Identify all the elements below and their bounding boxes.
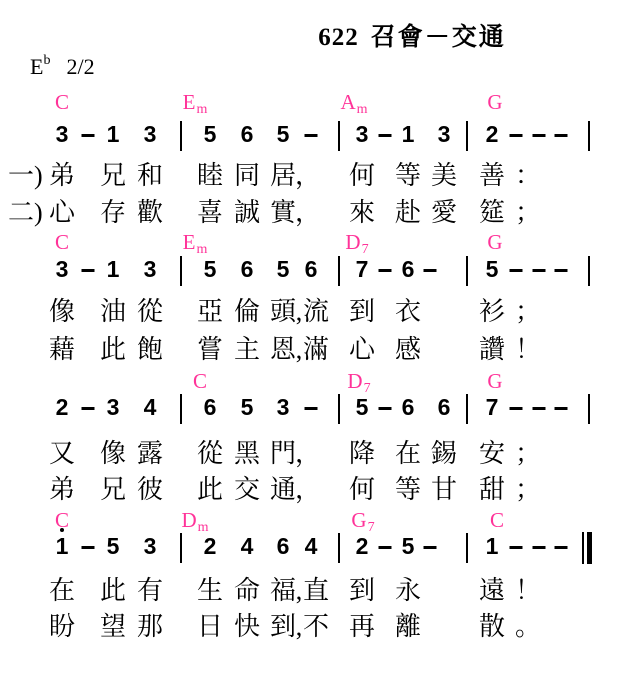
chord-label: C	[55, 92, 69, 113]
hymn-number: 622	[318, 24, 359, 51]
lyric-syllable: 飽	[137, 336, 163, 363]
note-dash	[533, 134, 546, 137]
note-digit: 6	[402, 258, 415, 281]
chord-label: D7	[345, 232, 368, 253]
lyric-syllable: 恩	[270, 336, 296, 363]
note-digit: 3	[438, 123, 451, 146]
note-dash	[82, 269, 95, 272]
lyric-syllable: 筵	[479, 199, 505, 226]
note-digit: 2	[356, 535, 369, 558]
lyric-syllable: 兄	[100, 476, 126, 503]
lyric-syllable: ，	[295, 476, 321, 503]
lyric-syllable: ，	[295, 440, 321, 467]
lyric-syllable: 安	[479, 440, 505, 467]
note-dash	[424, 269, 437, 272]
barline	[180, 533, 182, 563]
lyric-syllable: 門	[270, 440, 296, 467]
lyric-syllable: 亞	[197, 298, 223, 325]
note-digit: 7	[486, 396, 499, 419]
note-dash	[555, 134, 568, 137]
lyric-syllable: 甜	[479, 476, 505, 503]
lyric-syllable: 快	[234, 613, 260, 640]
lyric-syllable: 睦	[197, 162, 223, 189]
lyric-syllable: 遠	[479, 577, 505, 604]
lyric-syllable: 有	[137, 577, 163, 604]
barline	[466, 533, 468, 563]
note-digit: 6	[277, 535, 290, 558]
lyric-syllable: 降	[349, 440, 375, 467]
note-dash	[533, 269, 546, 272]
note-dash	[510, 546, 523, 549]
note-dash	[424, 546, 437, 549]
lyric-syllable: 此	[100, 577, 126, 604]
chord-label: G	[487, 92, 502, 113]
note-digit: 6	[402, 396, 415, 419]
final-barline-thick	[587, 532, 592, 564]
lyric-syllable: 到	[349, 298, 375, 325]
chord-label: Em	[183, 232, 208, 253]
lyric-syllable: 不	[303, 613, 329, 640]
note-dash	[82, 407, 95, 410]
lyric-syllable: 望	[100, 613, 126, 640]
chord-label: Am	[340, 92, 367, 113]
lyric-syllable: 主	[234, 336, 260, 363]
key-letter: E	[30, 54, 43, 79]
lyric-syllable: 衫	[479, 298, 505, 325]
lyric-syllable: 感	[395, 336, 421, 363]
lyric-syllable: ，	[295, 162, 321, 189]
lyric-syllable: 喜	[197, 199, 223, 226]
note-digit: 3	[56, 123, 69, 146]
lyric-syllable: 永	[395, 577, 421, 604]
hymn-name: 召會－交通	[371, 24, 506, 51]
note-dash	[379, 546, 392, 549]
lyric-syllable: 弟	[49, 476, 75, 503]
barline	[466, 394, 468, 424]
lyric-syllable: 錫	[431, 440, 457, 467]
lyric-syllable: 美	[431, 162, 457, 189]
lyric-syllable: 甘	[431, 476, 457, 503]
lyric-syllable: 滿	[303, 336, 329, 363]
lyric-syllable: 在	[395, 440, 421, 467]
note-dash	[510, 134, 523, 137]
note-digit: 3	[277, 396, 290, 419]
note-dash	[82, 134, 95, 137]
note-digit: 3	[107, 396, 120, 419]
note-digit: 1	[56, 535, 69, 558]
barline	[588, 121, 590, 151]
note-digit: 2	[204, 535, 217, 558]
note-digit: 5	[204, 258, 217, 281]
lyric-syllable: 黑	[234, 440, 260, 467]
barline	[180, 256, 182, 286]
lyric-syllable: 像	[49, 298, 75, 325]
lyric-syllable: 那	[137, 613, 163, 640]
chord-label: G7	[351, 510, 374, 531]
note-digit: 5	[486, 258, 499, 281]
lyric-syllable: ，	[295, 199, 321, 226]
note-dash	[379, 407, 392, 410]
lyric-syllable: 此	[100, 336, 126, 363]
lyric-syllable: 再	[349, 613, 375, 640]
note-digit: 3	[144, 535, 157, 558]
lyric-syllable: 實	[270, 199, 296, 226]
lyric-syllable: ：	[515, 162, 541, 189]
barline	[338, 256, 340, 286]
flat-accidental: b	[43, 53, 50, 68]
barline	[466, 121, 468, 151]
lyric-syllable: 同	[234, 162, 260, 189]
note-digit: 6	[438, 396, 451, 419]
note-digit: 6	[305, 258, 318, 281]
lyric-syllable: 命	[234, 577, 260, 604]
lyric-syllable: 心	[349, 336, 375, 363]
note-digit: 5	[356, 396, 369, 419]
note-digit: 2	[486, 123, 499, 146]
note-dash	[82, 546, 95, 549]
lyric-syllable: ,	[296, 298, 303, 325]
chord-label: Em	[183, 92, 208, 113]
note-digit: 1	[486, 535, 499, 558]
barline	[588, 256, 590, 286]
lyric-syllable: 盼	[49, 613, 75, 640]
note-digit: 6	[241, 123, 254, 146]
lyric-syllable: ,	[296, 613, 303, 640]
lyric-syllable: 彼	[137, 476, 163, 503]
lyric-syllable: 又	[49, 440, 75, 467]
note-digit: 7	[356, 258, 369, 281]
note-digit: 1	[402, 123, 415, 146]
lyric-syllable: 生	[197, 577, 223, 604]
final-barline-thin	[582, 532, 584, 564]
note-dash	[510, 407, 523, 410]
octave-dot-high	[60, 528, 64, 532]
note-digit: 1	[107, 123, 120, 146]
lyric-syllable: 衣	[395, 298, 421, 325]
chord-label: C	[193, 371, 207, 392]
note-dash	[379, 134, 392, 137]
lyric-syllable: 在	[49, 577, 75, 604]
lyric-syllable: 露	[137, 440, 163, 467]
lyric-syllable: 和	[137, 162, 163, 189]
note-digit: 4	[241, 535, 254, 558]
lyric-syllable: 倫	[234, 298, 260, 325]
lyric-syllable: 油	[100, 298, 126, 325]
barline	[180, 121, 182, 151]
note-digit: 5	[204, 123, 217, 146]
lyric-syllable: ！	[515, 336, 541, 363]
chord-label: G	[487, 232, 502, 253]
note-dash	[305, 407, 318, 410]
lyric-syllable: 此	[197, 476, 223, 503]
lyric-syllable: ；	[515, 476, 541, 503]
lyric-syllable: 從	[197, 440, 223, 467]
note-dash	[555, 407, 568, 410]
chord-label: Dm	[181, 510, 208, 531]
barline	[466, 256, 468, 286]
lyric-syllable: 直	[303, 577, 329, 604]
lyric-syllable: 何	[349, 476, 375, 503]
note-digit: 2	[56, 396, 69, 419]
chord-label: C	[490, 510, 504, 531]
lyric-syllable: 日	[197, 613, 223, 640]
lyric-syllable: 兄	[100, 162, 126, 189]
barline	[338, 394, 340, 424]
lyric-syllable: ；	[515, 440, 541, 467]
note-dash	[305, 134, 318, 137]
barline	[338, 121, 340, 151]
lyric-syllable: 交	[234, 476, 260, 503]
note-dash	[533, 546, 546, 549]
lyric-syllable: 來	[349, 199, 375, 226]
note-digit: 3	[356, 123, 369, 146]
lyric-syllable: 流	[303, 298, 329, 325]
chord-quality: m	[357, 102, 368, 117]
note-digit: 6	[204, 396, 217, 419]
note-digit: 5	[277, 123, 290, 146]
note-digit: 3	[144, 258, 157, 281]
lyric-syllable: 等	[395, 162, 421, 189]
note-digit: 5	[241, 396, 254, 419]
lyric-syllable: ！	[515, 577, 541, 604]
note-dash	[533, 407, 546, 410]
lyric-syllable: 歡	[137, 199, 163, 226]
time-signature: 2/2	[66, 54, 94, 79]
note-digit: 3	[56, 258, 69, 281]
note-digit: 5	[277, 258, 290, 281]
chord-label: G	[487, 371, 502, 392]
lyric-syllable: 弟	[49, 162, 75, 189]
lyric-syllable: 居	[270, 162, 296, 189]
stanza-number: 一)	[8, 162, 43, 189]
lyric-syllable: 頭	[270, 298, 296, 325]
chord-label: D7	[347, 371, 370, 392]
lyric-syllable: 存	[100, 199, 126, 226]
chord-label: C	[55, 232, 69, 253]
hymn-sheet: 622召會－交通 Eb2/2 CEmAmG3135653132一)弟兄和睦同居，…	[0, 0, 633, 689]
barline	[588, 394, 590, 424]
lyric-syllable: 到	[270, 613, 296, 640]
lyric-syllable: 誠	[234, 199, 260, 226]
lyric-syllable: 從	[137, 298, 163, 325]
note-dash	[555, 269, 568, 272]
key-signature: Eb2/2	[30, 54, 95, 80]
lyric-syllable: 等	[395, 476, 421, 503]
lyric-syllable: 像	[100, 440, 126, 467]
lyric-syllable: 嘗	[197, 336, 223, 363]
lyric-syllable: 赴	[395, 199, 421, 226]
hymn-title: 622召會－交通	[318, 17, 506, 53]
lyric-syllable: 何	[349, 162, 375, 189]
lyric-syllable: 善	[479, 162, 505, 189]
lyric-syllable: 。	[515, 613, 541, 640]
chord-quality: m	[196, 102, 207, 117]
lyric-syllable: ；	[515, 199, 541, 226]
lyric-syllable: 心	[49, 199, 75, 226]
lyric-syllable: 藉	[49, 336, 75, 363]
barline	[338, 533, 340, 563]
lyric-syllable: 讚	[479, 336, 505, 363]
note-dash	[510, 269, 523, 272]
note-digit: 1	[107, 258, 120, 281]
note-digit: 5	[107, 535, 120, 558]
lyric-syllable: ,	[296, 577, 303, 604]
note-digit: 4	[305, 535, 318, 558]
lyric-syllable: 通	[270, 476, 296, 503]
chord-quality: 7	[368, 520, 375, 535]
note-dash	[379, 269, 392, 272]
lyric-syllable: 散	[479, 613, 505, 640]
lyric-syllable: ,	[296, 336, 303, 363]
stanza-number: 二)	[8, 199, 43, 226]
note-digit: 6	[241, 258, 254, 281]
lyric-syllable: 愛	[431, 199, 457, 226]
chord-quality: m	[196, 242, 207, 257]
barline	[180, 394, 182, 424]
note-dash	[555, 546, 568, 549]
lyric-syllable: 到	[349, 577, 375, 604]
lyric-syllable: 離	[395, 613, 421, 640]
note-digit: 5	[402, 535, 415, 558]
lyric-syllable: ；	[515, 298, 541, 325]
note-digit: 3	[144, 123, 157, 146]
chord-quality: 7	[362, 242, 369, 257]
note-digit: 4	[144, 396, 157, 419]
lyric-syllable: 福	[270, 577, 296, 604]
